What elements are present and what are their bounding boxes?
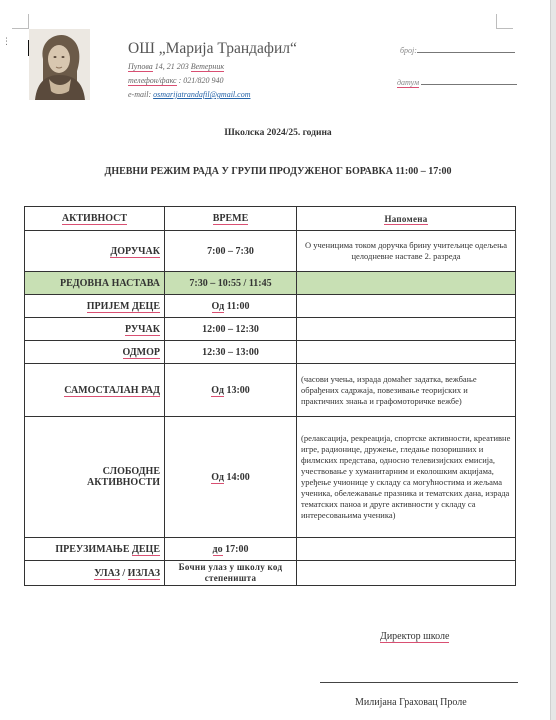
activity-label: ДОРУЧАК bbox=[110, 246, 160, 258]
document-number-blank[interactable] bbox=[417, 52, 515, 53]
address-street: Пупова bbox=[128, 62, 153, 72]
school-patron-portrait bbox=[29, 29, 90, 100]
school-name: ОШ „Марија Трандафил“ bbox=[128, 40, 297, 58]
time-value: 11:00 bbox=[224, 301, 249, 312]
time-prefix: Од bbox=[212, 301, 225, 313]
time-prefix: Од bbox=[211, 385, 224, 397]
table-row: САМОСТАЛАН РАД Од 13:00 (часови учења, и… bbox=[25, 364, 516, 417]
activity-cell: СЛОБОДНЕАКТИВНОСТИ bbox=[25, 417, 165, 538]
phone-value: : 021/820 940 bbox=[177, 76, 224, 85]
margin-crop-mark-top-left bbox=[12, 14, 29, 29]
time-cell: Бочни улаз у школу код степеништа bbox=[165, 561, 297, 586]
activity-label-part1: УЛАЗ bbox=[94, 568, 120, 580]
header-note: Напомена bbox=[297, 207, 516, 231]
director-name: Милијана Граховац Проле bbox=[355, 697, 467, 708]
table-row: ДОРУЧАК 7:00 – 7:30 О ученицима током до… bbox=[25, 231, 516, 272]
note-cell: (часови учења, израда домаћег задатка, в… bbox=[297, 364, 516, 417]
note-cell: (релаксација, рекреација, спортске актив… bbox=[297, 417, 516, 538]
document-number-field[interactable]: број: bbox=[400, 46, 515, 55]
page-edge-scrollbar-area bbox=[550, 0, 556, 720]
email-label: e-mail: bbox=[128, 90, 153, 99]
signature-line bbox=[320, 682, 518, 683]
table-row: ПРИЈЕМ ДЕЦЕ Од 11:00 bbox=[25, 295, 516, 318]
time-prefix: до bbox=[213, 544, 223, 556]
note-cell bbox=[297, 272, 516, 295]
address: Пупова 14, 21 203 Ветерник bbox=[128, 60, 297, 74]
table-row: ОДМОР 12:30 – 13:00 bbox=[25, 341, 516, 364]
header-note-label: Напомена bbox=[384, 214, 427, 225]
time-value: 17:00 bbox=[223, 544, 249, 555]
activity-cell: ПРЕУЗИМАЊЕ ДЕЦЕ bbox=[25, 538, 165, 561]
time-cell: до 17:00 bbox=[165, 538, 297, 561]
table-row: УЛАЗ / ИЗЛАЗ Бочни улаз у школу код степ… bbox=[25, 561, 516, 586]
margin-crop-mark-top-right bbox=[496, 14, 513, 29]
activity-cell: РУЧАК bbox=[25, 318, 165, 341]
document-date-label: датум bbox=[397, 78, 419, 88]
header-activity: АКТИВНОСТ bbox=[25, 207, 165, 231]
document-number-label: број: bbox=[400, 46, 417, 55]
table-row: СЛОБОДНЕАКТИВНОСТИ Од 14:00 (релаксација… bbox=[25, 417, 516, 538]
document-date-blank[interactable] bbox=[421, 84, 517, 85]
note-cell: О ученицима током доручка брину учитељиц… bbox=[297, 231, 516, 272]
time-cell: Од 14:00 bbox=[165, 417, 297, 538]
table-row-highlighted: РЕДОВНА НАСТАВА 7:30 – 10:55 / 11:45 bbox=[25, 272, 516, 295]
activity-label-part2: ДЕЦЕ bbox=[132, 544, 160, 556]
table-row: ПРЕУЗИМАЊЕ ДЕЦЕ до 17:00 bbox=[25, 538, 516, 561]
note-cell bbox=[297, 318, 516, 341]
email-link[interactable]: osmarijatrandafil@gmail.com bbox=[153, 90, 250, 99]
portrait-image-icon bbox=[29, 29, 90, 100]
time-cell: 12:30 – 13:00 bbox=[165, 341, 297, 364]
address-town: Ветерник bbox=[191, 62, 224, 72]
time-cell: Од 11:00 bbox=[165, 295, 297, 318]
director-role: Директор школе bbox=[380, 631, 449, 643]
school-year: Школска 2024/25. година bbox=[0, 128, 556, 138]
activity-label: ПРИЈЕМ ДЕЦЕ bbox=[87, 301, 160, 313]
time-value: 13:00 bbox=[224, 385, 250, 396]
activity-cell: УЛАЗ / ИЗЛАЗ bbox=[25, 561, 165, 586]
note-cell bbox=[297, 538, 516, 561]
activity-label-line2: АКТИВНОСТИ bbox=[87, 477, 160, 488]
drag-handle-icon[interactable]: ⋮ bbox=[2, 40, 6, 54]
activity-label-part2: ИЗЛАЗ bbox=[128, 568, 160, 580]
header-activity-label: АКТИВНОСТ bbox=[62, 213, 127, 225]
time-cell: 7:00 – 7:30 bbox=[165, 231, 297, 272]
document-title: ДНЕВНИ РЕЖИМ РАДА У ГРУПИ ПРОДУЖЕНОГ БОР… bbox=[0, 166, 556, 177]
activity-label: САМОСТАЛАН РАД bbox=[64, 385, 160, 397]
letterhead: ОШ „Марија Трандафил“ Пупова 14, 21 203 … bbox=[128, 40, 297, 102]
activity-cell: РЕДОВНА НАСТАВА bbox=[25, 272, 165, 295]
activity-cell: ПРИЈЕМ ДЕЦЕ bbox=[25, 295, 165, 318]
time-cell: 7:30 – 10:55 / 11:45 bbox=[165, 272, 297, 295]
activity-label: РУЧАК bbox=[125, 324, 160, 336]
header-time-label: ВРЕМЕ bbox=[213, 213, 249, 225]
header-time: ВРЕМЕ bbox=[165, 207, 297, 231]
director-title: Директор школе bbox=[380, 631, 449, 642]
table-row: РУЧАК 12:00 – 12:30 bbox=[25, 318, 516, 341]
time-cell: Од 13:00 bbox=[165, 364, 297, 417]
email-line: e-mail: osmarijatrandafil@gmail.com bbox=[128, 88, 297, 102]
time-value: 14:00 bbox=[224, 472, 250, 483]
time-cell: 12:00 – 12:30 bbox=[165, 318, 297, 341]
note-cell bbox=[297, 341, 516, 364]
activity-cell: ОДМОР bbox=[25, 341, 165, 364]
activity-separator: / bbox=[120, 568, 128, 579]
time-prefix: Од bbox=[211, 472, 224, 484]
note-cell bbox=[297, 561, 516, 586]
activity-label-part1: ПРЕУЗИМАЊЕ bbox=[55, 544, 129, 555]
note-cell bbox=[297, 295, 516, 318]
activity-cell: ДОРУЧАК bbox=[25, 231, 165, 272]
daily-schedule-table: АКТИВНОСТ ВРЕМЕ Напомена ДОРУЧАК 7:00 – … bbox=[24, 206, 516, 586]
activity-label: ОДМОР bbox=[123, 347, 161, 359]
activity-label-line1: СЛОБОДНЕ bbox=[103, 466, 160, 477]
phone: телефон/факс : 021/820 940 bbox=[128, 74, 297, 88]
phone-label: телефон/факс bbox=[128, 76, 177, 86]
address-number: 14, 21 203 bbox=[153, 62, 191, 71]
table-header-row: АКТИВНОСТ ВРЕМЕ Напомена bbox=[25, 207, 516, 231]
document-date-field[interactable]: датум bbox=[397, 78, 517, 87]
activity-cell: САМОСТАЛАН РАД bbox=[25, 364, 165, 417]
